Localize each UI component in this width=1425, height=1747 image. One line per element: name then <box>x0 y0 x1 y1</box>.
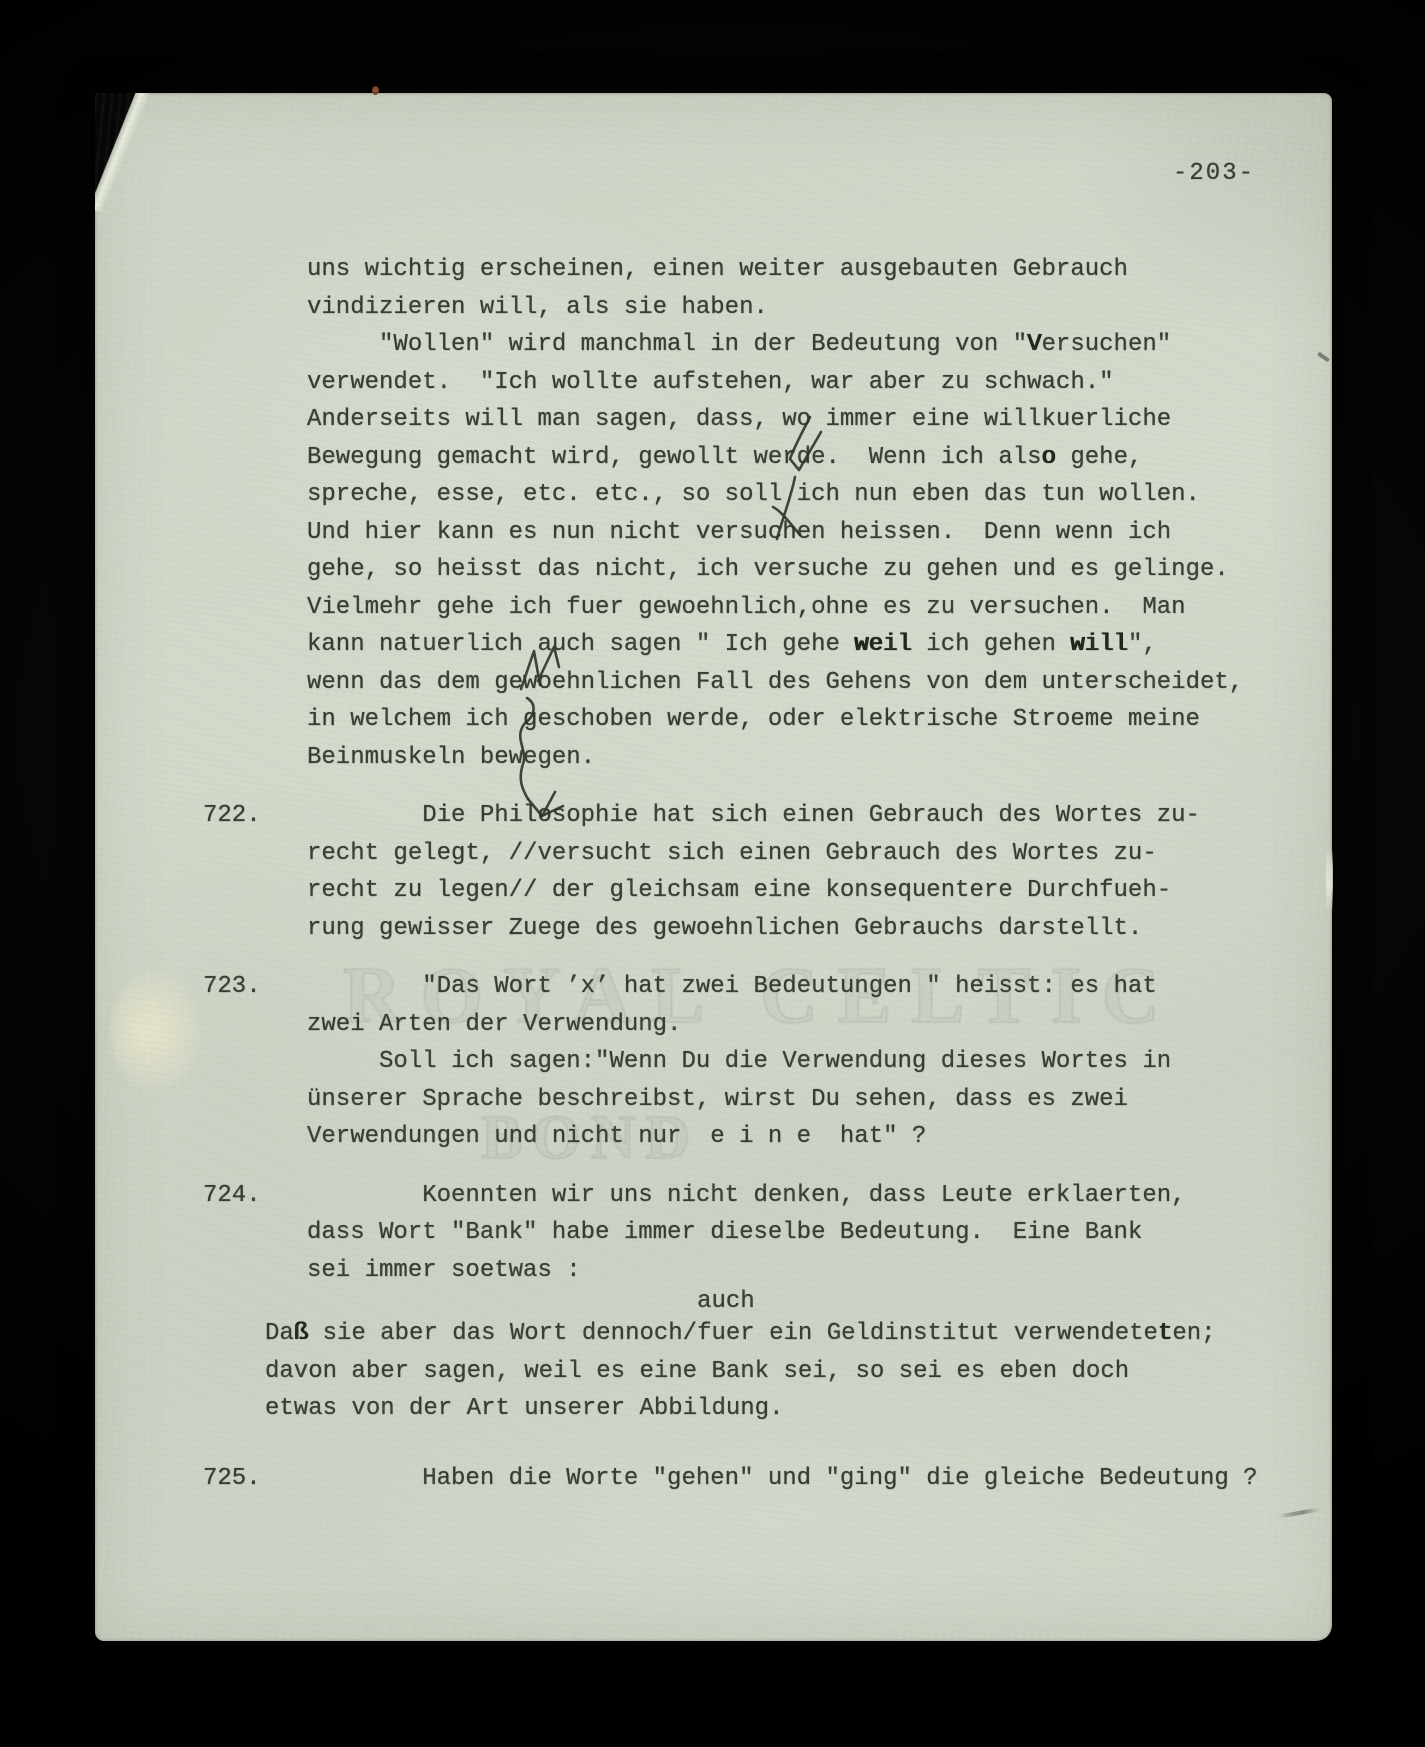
text-line: in welchem ich geschoben werde, oder ele… <box>95 701 1332 739</box>
overtyped-text: V <box>1027 331 1041 358</box>
text-line: recht zu legen// der gleichsam eine kons… <box>95 872 1332 910</box>
ink-mark-anchor-D <box>509 706 523 733</box>
paragraph: 724. Koennten wir uns nicht denken, dass… <box>95 1177 1332 1428</box>
pencil-mark <box>1278 1507 1320 1518</box>
text-line: ünserer Sprache beschreibst, wirst Du se… <box>95 1081 1332 1119</box>
paragraph: uns wichtig erscheinen, einen weiter aus… <box>95 251 1332 776</box>
ink-mark-anchor-B: ch <box>768 519 797 546</box>
text-line: Soll ich sagen:"Wenn Du die Verwendung d… <box>95 1043 1332 1081</box>
text-line: "Wollen" wird manchmal in der Bedeutung … <box>95 326 1332 364</box>
remark-number: 723. <box>203 968 261 1006</box>
remark-number: 725. <box>203 1460 261 1498</box>
text-line: kann natuerlich auch sagen " Ich gehe we… <box>95 626 1332 664</box>
text-line: rung gewisser Zuege des gewoehnlichen Ge… <box>95 910 1332 948</box>
paragraph: 725. Haben die Worte "gehen" und "ging" … <box>95 1460 1332 1498</box>
folded-corner <box>95 93 187 211</box>
text-line: gehe, so heisst das nicht, ich versuche … <box>95 551 1332 589</box>
text-line: vindizieren will, als sie haben. <box>95 289 1332 327</box>
remark-number: 722. <box>203 797 261 835</box>
text-line: etwas von der Art unserer Abbildung. <box>95 1390 1332 1428</box>
paper-speck <box>372 86 379 95</box>
text-line: wenn das dem gewoehnlichen Fall des Gehe… <box>95 664 1332 702</box>
overtyped-text: o <box>1042 444 1056 471</box>
remark-number: 724. <box>203 1177 261 1215</box>
paragraph: 722. Die Philosophie hat sich einen Gebr… <box>95 797 1332 947</box>
text-line: Und hier kann es nun nicht versuchen hei… <box>95 514 1332 552</box>
text-line: dass Wort "Bank" habe immer dieselbe Bed… <box>95 1214 1332 1252</box>
photograph-background: ROYAL CELTIC BOND -203- uns wichtig ersc… <box>0 0 1425 1747</box>
text-line: spreche, esse, etc. etc., so soll ich nu… <box>95 476 1332 514</box>
ink-mark-anchor-A: rde <box>782 444 825 471</box>
text-line: uns wichtig erscheinen, einen weiter aus… <box>95 251 1332 289</box>
text-line: Vielmehr gehe ich fuer gewoehnlich,ohne … <box>95 589 1332 627</box>
text-line: verwendet. "Ich wollte aufstehen, war ab… <box>95 364 1332 402</box>
text-line: davon aber sagen, weil es eine Bank sei,… <box>95 1353 1332 1391</box>
text-line: Verwendungen und nicht nur e i n e hat" … <box>95 1118 1332 1156</box>
text-line: sei immer soetwas : <box>95 1252 1332 1290</box>
ink-mark-anchor-C: wo <box>523 669 552 696</box>
overtyped-text: t <box>1158 1320 1172 1347</box>
text-line: 725. Haben die Worte "gehen" und "ging" … <box>95 1460 1332 1498</box>
text-line: 722. Die Philosophie hat sich einen Gebr… <box>95 797 1332 835</box>
text-line: 724. Koennten wir uns nicht denken, dass… <box>95 1177 1332 1215</box>
text-line: Beinmuskeln bewegen. <box>95 739 1332 777</box>
inserted-word-line: auch <box>95 1289 1332 1315</box>
overtyped-text: ß <box>294 1320 308 1347</box>
paragraph: 723. "Das Wort ’x’ hat zwei Bedeutungen … <box>95 968 1332 1156</box>
text-line: zwei Arten der Verwendung. <box>95 1006 1332 1044</box>
page-text: uns wichtig erscheinen, einen weiter aus… <box>95 251 1332 1497</box>
page-number: -203- <box>1173 155 1255 192</box>
text-line: recht gelegt, //versucht sich einen Gebr… <box>95 835 1332 873</box>
text-line: Anderseits will man sagen, dass, wo imme… <box>95 401 1332 439</box>
text-line: Daß sie aber das Wort dennoch/fuer ein G… <box>95 1315 1332 1353</box>
overtyped-text: weil <box>854 631 912 658</box>
manuscript-page: ROYAL CELTIC BOND -203- uns wichtig ersc… <box>95 93 1332 1641</box>
overtyped-text: will <box>1070 631 1128 658</box>
text-line: Bewegung gemacht wird, gewollt werde. We… <box>95 439 1332 477</box>
text-line: 723. "Das Wort ’x’ hat zwei Bedeutungen … <box>95 968 1332 1006</box>
